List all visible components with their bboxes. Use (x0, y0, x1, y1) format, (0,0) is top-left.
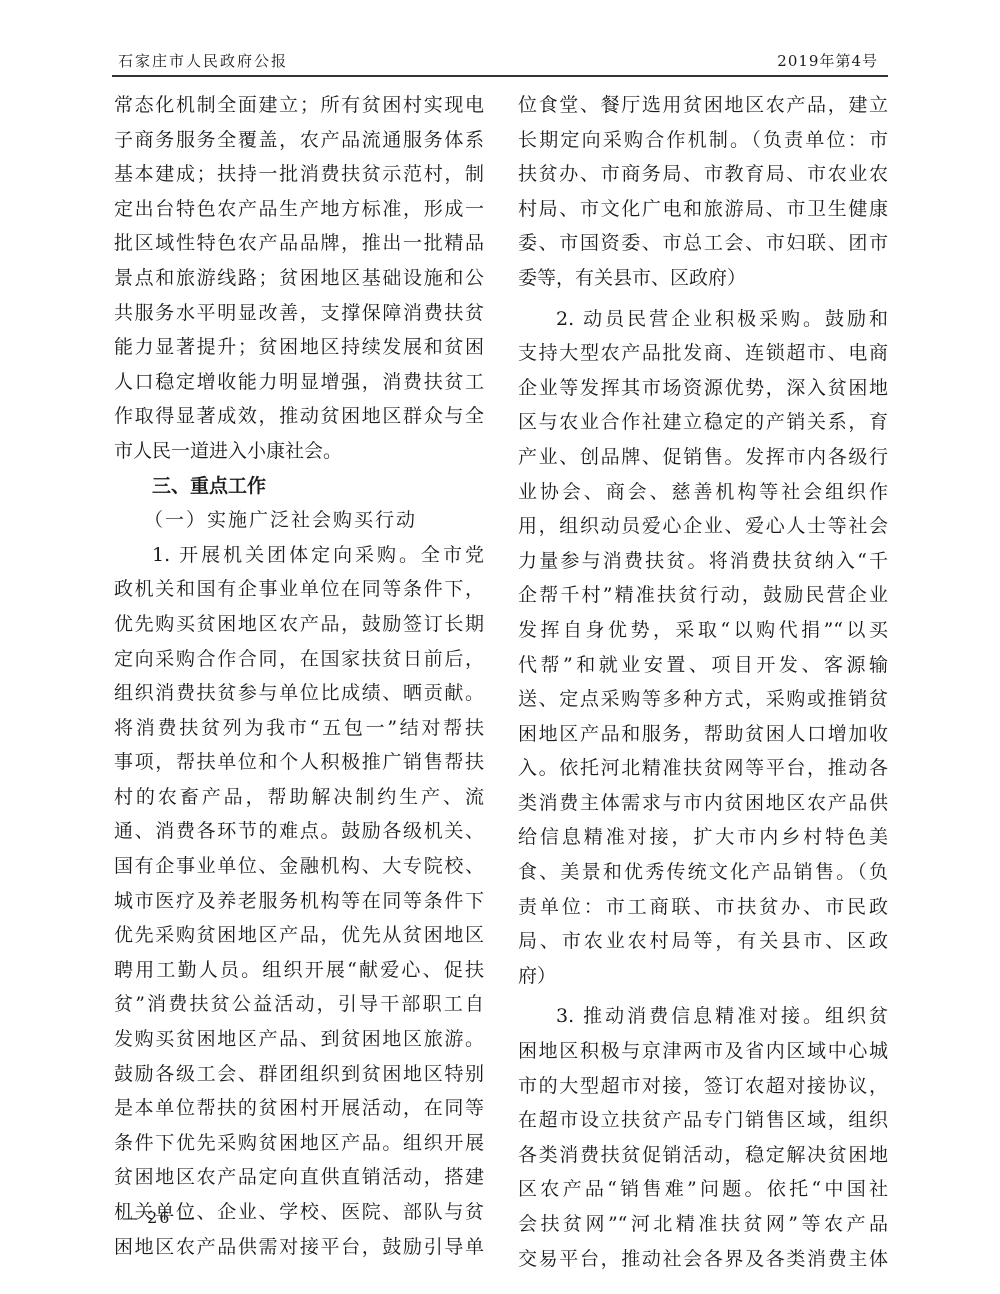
text-line: 委、市国资委、市总工会、市妇联、团市 (518, 226, 888, 261)
text-line: 用，组织动员爱心企业、爱心人士等社会 (518, 509, 888, 544)
text-line: 贫”消费扶贫公益活动，引导干部职工自 (114, 987, 484, 1022)
text-line: 给信息精准对接，扩大市内乡村特色美 (518, 820, 888, 855)
text-line: 力量参与消费扶贫。将消费扶贫纳入“千 (518, 544, 888, 579)
page-number: — 26 — (122, 1208, 197, 1227)
text-line: 困地区积极与京津两市及省内区域中心城 (518, 1034, 888, 1069)
text-line: 在超市设立扶贫产品专门销售区域，组织 (518, 1103, 888, 1138)
text-line: 村局、市文化广电和旅游局、市卫生健康 (518, 192, 888, 227)
text-line: 优先采购贫困地区产品，优先从贫困地区 (114, 918, 484, 953)
text-line: 条件下优先采购贫困地区产品。组织开展 (114, 1126, 484, 1161)
text-line: 发购买贫困地区产品、到贫困地区旅游。 (114, 1022, 484, 1057)
text-line: 批区域性特色农产品品牌，推出一批精品 (114, 226, 484, 261)
text-line: 是本单位帮扶的贫困村开展活动，在同等 (114, 1091, 484, 1126)
text-line: 发挥自身优势，采取“以购代捐”“以买 (518, 613, 888, 648)
text-line: 各类消费扶贫促销活动，稳定解决贫困地 (518, 1138, 888, 1173)
text-line: 委等，有关县市、区政府） (518, 261, 888, 296)
text-line: 企业等发挥其市场资源优势，深入贫困地 (518, 371, 888, 406)
text-line: 作取得显著成效，推动贫困地区群众与全 (114, 399, 484, 434)
text-line: 入。依托河北精准扶贫网等平台，推动各 (518, 751, 888, 786)
text-line: 代帮”和就业安置、项目开发、客源输 (518, 648, 888, 683)
text-line: 企帮千村”精准扶贫行动，鼓励民营企业 (518, 578, 888, 613)
text-line: 聘用工勤人员。组织开展“献爱心、促扶 (114, 953, 484, 988)
text-line: 区与农业合作社建立稳定的产销关系，育 (518, 405, 888, 440)
text-line: 定出台特色农产品生产地方标准，形成一 (114, 192, 484, 227)
text-line: 交易平台，推动社会各界及各类消费主体 (518, 1242, 888, 1277)
text-line: 责单位：市工商联、市扶贫办、市民政 (518, 890, 888, 925)
text-line: 将消费扶贫列为我市“五包一”结对帮扶 (114, 711, 484, 746)
subsection-heading: （一）实施广泛社会购买行动 (114, 503, 484, 538)
text-line: 送、定点采购等多种方式，采购或推销贫 (518, 682, 888, 717)
section-heading: 三、重点工作 (114, 469, 484, 504)
item-heading-line: 3. 推动消费信息精准对接。组织贫 (518, 999, 888, 1034)
item-heading-line: 1. 开展机关团体定向采购。全市党 (114, 538, 484, 573)
text-line: 常态化机制全面建立；所有贫困村实现电 (114, 88, 484, 123)
publication-title: 石家庄市人民政府公报 (118, 50, 288, 71)
text-line: 组织消费扶贫参与单位比成绩、晒贡献。 (114, 676, 484, 711)
text-line: 局、市农业农村局等，有关县市、区政 (518, 924, 888, 959)
text-line: 事项，帮扶单位和个人积极推广销售帮扶 (114, 745, 484, 780)
text-line: 通、消费各环节的难点。鼓励各级机关、 (114, 814, 484, 849)
text-line: 业协会、商会、慈善机构等社会组织作 (518, 475, 888, 510)
page-header: 石家庄市人民政府公报 2019年第4号 (112, 48, 888, 76)
text-line: 能力显著提升；贫困地区持续发展和贫困 (114, 330, 484, 365)
text-line: 政机关和国有企事业单位在同等条件下， (114, 572, 484, 607)
text-line: 贫困地区农产品定向直供直销活动，搭建 (114, 1160, 484, 1195)
header-divider (112, 75, 888, 77)
text-line: 人口稳定增收能力明显增强，消费扶贫工 (114, 365, 484, 400)
text-line: 市人民一道进入小康社会。 (114, 434, 484, 469)
item-heading-line: 2. 动员民营企业积极采购。鼓励和 (518, 302, 888, 337)
text-line: 定向采购合作合同，在国家扶贫日前后， (114, 642, 484, 677)
issue-number: 2019年第4号 (777, 50, 878, 71)
text-line: 会扶贫网”“河北精准扶贫网”等农产品 (518, 1207, 888, 1242)
text-line: 共服务水平明显改善，支撑保障消费扶贫 (114, 296, 484, 331)
text-line: 市的大型超市对接，签订农超对接协议， (518, 1069, 888, 1104)
right-column: 位食堂、餐厅选用贫困地区农产品，建立 长期定向采购合作机制。（负责单位：市 扶贫… (518, 88, 888, 1276)
text-line: 困地区农产品供需对接平台，鼓励引导单 (114, 1230, 484, 1265)
text-line: 支持大型农产品批发商、连锁超市、电商 (518, 336, 888, 371)
text-line: 长期定向采购合作机制。（负责单位：市 (518, 123, 888, 158)
text-line: 产业、创品牌、促销售。发挥市内各级行 (518, 440, 888, 475)
text-line: 子商务服务全覆盖，农产品流通服务体系 (114, 123, 484, 158)
text-line: 区农产品“销售难”问题。依托“中国社 (518, 1172, 888, 1207)
text-line: 国有企事业单位、金融机构、大专院校、 (114, 849, 484, 884)
text-line: 景点和旅游线路；贫困地区基础设施和公 (114, 261, 484, 296)
text-line: 基本建成；扶持一批消费扶贫示范村，制 (114, 157, 484, 192)
left-column: 常态化机制全面建立；所有贫困村实现电 子商务服务全覆盖，农产品流通服务体系 基本… (114, 88, 484, 1264)
text-line: 食、美景和优秀传统文化产品销售。（负 (518, 855, 888, 890)
text-line: 府） (518, 959, 888, 994)
text-line: 位食堂、餐厅选用贫困地区农产品，建立 (518, 88, 888, 123)
text-line: 扶贫办、市商务局、市教育局、市农业农 (518, 157, 888, 192)
text-line: 困地区产品和服务，帮助贫困人口增加收 (518, 717, 888, 752)
text-line: 优先购买贫困地区农产品，鼓励签订长期 (114, 607, 484, 642)
text-line: 类消费主体需求与市内贫困地区农产品供 (518, 786, 888, 821)
text-line: 鼓励各级工会、群团组织到贫困地区特别 (114, 1057, 484, 1092)
text-line: 城市医疗及养老服务机构等在同等条件下 (114, 884, 484, 919)
text-line: 村的农畜产品，帮助解决制约生产、流 (114, 780, 484, 815)
